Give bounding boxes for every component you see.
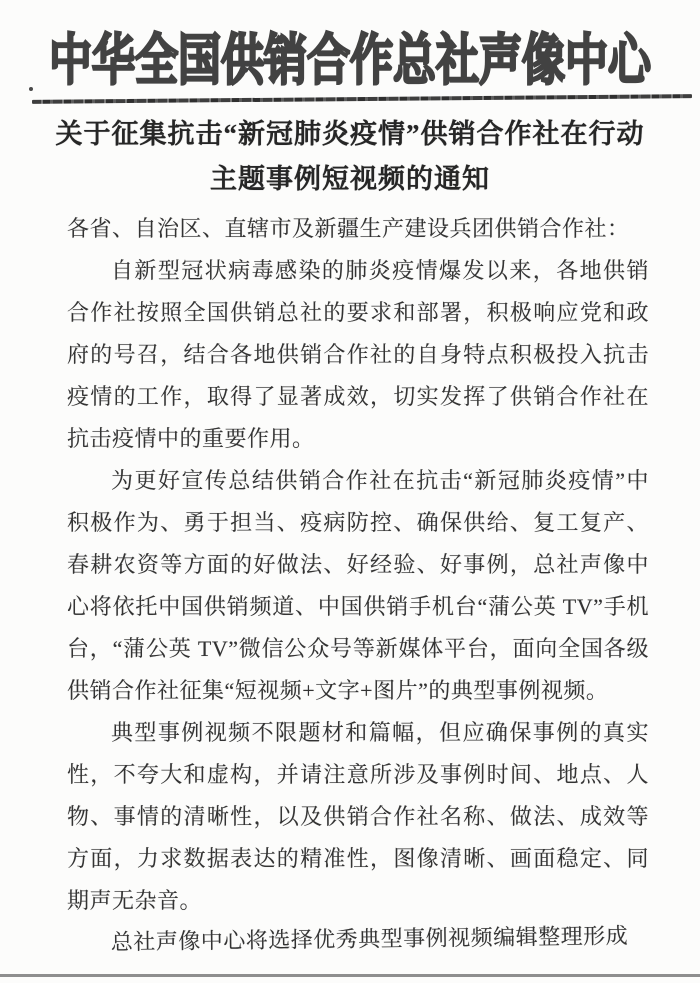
document-title-line-2: 主题事例短视频的通知 (0, 157, 700, 202)
letterhead-underline (32, 94, 692, 104)
scan-artifact-dot (29, 87, 33, 91)
body-paragraph-1: 自新型冠状病毒感染的肺炎疫情爆发以来，各地供销合作社按照全国供销总社的要求和部署… (67, 250, 649, 460)
document-body: 各省、自治区、直辖市及新疆生产建设兵团供销合作社： 自新型冠状病毒感染的肺炎疫情… (67, 208, 649, 964)
body-paragraph-4-truncated: 总社声像中心将选择优秀典型事例视频编辑整理形成 (66, 915, 648, 964)
letterhead: 中华全国供销合作总社声像中心 (0, 40, 700, 83)
salutation: 各省、自治区、直辖市及新疆生产建设兵团供销合作社： (67, 208, 649, 250)
letterhead-title: 中华全国供销合作总社声像中心 (49, 34, 651, 89)
body-paragraph-2: 为更好宣传总结供销合作社在抗击“新冠肺炎疫情”中积极作为、勇于担当、疫病防控、确… (67, 460, 649, 712)
document-title-line-1: 关于征集抗击“新冠肺炎疫情”供销合作社在行动 (0, 112, 700, 157)
document-title: 关于征集抗击“新冠肺炎疫情”供销合作社在行动 主题事例短视频的通知 (0, 112, 700, 202)
body-paragraph-3: 典型事例视频不限题材和篇幅，但应确保事例的真实性，不夸大和虚构，并请注意所涉及事… (67, 712, 649, 922)
document-page: 中华全国供销合作总社声像中心 关于征集抗击“新冠肺炎疫情”供销合作社在行动 主题… (0, 0, 700, 983)
page-bottom-scan-edge (0, 974, 700, 977)
